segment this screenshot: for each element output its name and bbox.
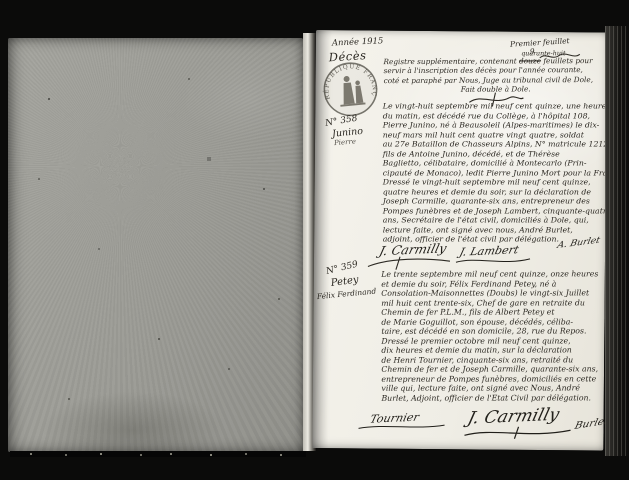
handwritten-line: Consolation-Maisonnettes (Doubs) le ving… bbox=[381, 288, 605, 298]
handwritten-line: fils de Antoine Junino, décédé, et de Th… bbox=[383, 149, 607, 159]
death-act-358-text: Le vingt-huit septembre mil neuf cent qu… bbox=[383, 102, 607, 245]
scanned-register-spread: Année 1915 Décès RÉPUBLIQUE FRANÇAISE bbox=[0, 0, 629, 480]
act2-margin-firstname: Félix Ferdinand bbox=[316, 286, 376, 301]
signature-flourish bbox=[454, 255, 532, 266]
handwritten-line: lecture faite, ont signé avec nous, Andr… bbox=[383, 225, 607, 235]
death-act-359-text: Le trente septembre mil neuf cent quinze… bbox=[381, 269, 605, 402]
handwritten-line: Baglietto, célibataire, domicilié à Mont… bbox=[383, 159, 607, 169]
handwritten-line: coté et paraphé par Nous, Juge au tribun… bbox=[384, 75, 608, 86]
handwritten-line: de Henri Tournier, cinquante-six ans, re… bbox=[381, 355, 605, 365]
signature-flourish-large bbox=[462, 425, 572, 440]
handwritten-line: cipauté de Monaco), ledit Pierre Junino … bbox=[383, 168, 607, 178]
handwritten-line: de Marie Goguillot, son épouse, décédés,… bbox=[381, 317, 605, 327]
handwritten-line: quatre heures et demie du soir, sur la d… bbox=[383, 187, 607, 197]
republique-francaise-stamp: RÉPUBLIQUE FRANÇAISE bbox=[319, 58, 382, 121]
paper-specks bbox=[8, 38, 10, 40]
corner-note-line1: Premier feuillet bbox=[510, 36, 570, 49]
handwritten-line: entrepreneur de Pompes funèbres, domicil… bbox=[381, 374, 605, 384]
handwritten-line: neuf mars mil huit cent quatre vingt qua… bbox=[383, 130, 607, 140]
handwritten-line: Chemin de fer et de Joseph Carmille, qua… bbox=[381, 364, 605, 374]
handwritten-line: Burlet, Adjoint, officier de l'Etat Civi… bbox=[381, 393, 605, 403]
handwritten-line: Pierre Junino, né à Beausoleil (Alpes-ma… bbox=[383, 121, 607, 131]
handwritten-line: dix heures et demie du matin, sur la déc… bbox=[381, 345, 605, 355]
stacked-page-edges bbox=[605, 26, 629, 456]
handwritten-line: Le vingt-huit septembre mil neuf cent qu… bbox=[383, 102, 607, 112]
corrected-word-wrap: douzequarante-huit bbox=[519, 56, 541, 65]
handwritten-line: Pompes funèbres et de Joseph Lambert, ci… bbox=[383, 206, 607, 216]
handwritten-line: au 27e Bataillon de Chasseurs Alpins, N°… bbox=[383, 140, 607, 150]
handwritten-line: ans, Secrétaire de l'état civil, domicil… bbox=[383, 216, 607, 226]
deckle-speckles bbox=[10, 453, 12, 455]
act2-signatures: Tournier J. Carmilly Burlet bbox=[370, 402, 600, 446]
register-opening-note: Registre supplémentaire, contenant douze… bbox=[384, 56, 608, 95]
signature-burlet: A. Burlet bbox=[556, 236, 601, 251]
act2-margin-surname: Petey bbox=[330, 274, 359, 289]
handwritten-line: mil huit cent trente-six, Chef de gare e… bbox=[381, 298, 605, 308]
handwritten-line: et demie du soir, Félix Ferdinand Petey,… bbox=[381, 279, 605, 289]
interline-correction: quarante-huit bbox=[521, 49, 565, 59]
handwritten-line: du matin, est décédé rue du Collège, à l… bbox=[383, 111, 607, 121]
handwritten-line: Dressé le premier octobre mil neuf cent … bbox=[381, 336, 605, 346]
handwritten-line: Joseph Carmille, quarante-six ans, entre… bbox=[383, 197, 607, 207]
year-note: Année 1915 bbox=[332, 36, 384, 48]
page-bottom-edge bbox=[10, 451, 306, 457]
blank-left-page bbox=[8, 38, 303, 452]
opening-note-lines: servir à l'inscription des décès pour l'… bbox=[384, 65, 608, 94]
act1-margin-firstname: Pierre bbox=[334, 137, 356, 147]
signature-flourish-left bbox=[357, 422, 447, 431]
handwritten-line: taire, est décédé en son domicile, 28, r… bbox=[381, 326, 605, 336]
handwritten-line: Le trente septembre mil neuf cent quinze… bbox=[381, 269, 605, 279]
register-recto-page: Année 1915 Décès RÉPUBLIQUE FRANÇAISE bbox=[312, 30, 607, 451]
opening-l1-before: Registre supplémentaire, contenant bbox=[384, 56, 517, 66]
handwritten-line: Dressé le vingt-huit septembre mil neuf … bbox=[383, 178, 607, 188]
stamp-icon: RÉPUBLIQUE FRANÇAISE bbox=[319, 58, 382, 121]
handwritten-line: ville qui, lecture faite, ont signé avec… bbox=[381, 383, 605, 393]
handwritten-line: Chemin de fer P.L.M., fils de Albert Pet… bbox=[381, 307, 605, 317]
